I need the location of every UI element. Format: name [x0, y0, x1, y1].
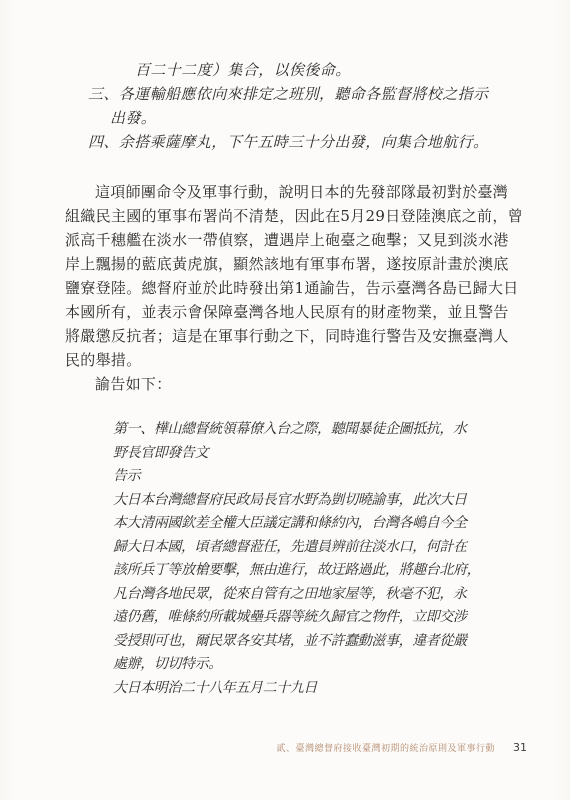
proclamation-quote-block: 第一、樺山總督統領幕僚入台之際，聽聞暴徒企圖抵抗，水野長官即發告文告示大日本台灣…	[113, 418, 511, 700]
lead-in-line: 諭告如下：	[65, 372, 511, 396]
footer-chapter-title: 貳、臺灣總督府接收臺灣初期的統治原則及軍事行動	[276, 741, 495, 754]
text-line: 告示	[113, 465, 511, 489]
text-line: 本大清兩國欽差全權大臣議定講和條約內，台灣各嶋自今全	[113, 512, 511, 536]
text-line: 三、各運輸船應依向來排定之班別，聽命各監督將校之指示	[65, 82, 511, 106]
text-line: 野長官即發告文	[113, 442, 511, 466]
text-line: 民的舉措。	[65, 348, 511, 372]
text-line: 鹽寮登陸。總督府並於此時發出第1通諭告，告示臺灣各島已歸大日	[65, 276, 511, 300]
narrative-paragraph: 這項師團命令及軍事行動，說明日本的先發部隊最初對於臺灣組織民主國的軍事布署尚不清…	[65, 180, 511, 372]
text-line: 派高千穗艦在淡水一帶偵察，遭遇岸上砲臺之砲擊；又見到淡水港	[65, 228, 511, 252]
text-line: 凡台灣各地民眾，從來自管有之田地家屋等，秋毫不犯，永	[113, 583, 511, 607]
text-line: 歸大日本國，頃者總督蒞任，先遣員辨前往淡水口，何計在	[113, 536, 511, 560]
book-page: 百二十二度）集合，以俟後命。三、各運輸船應依向來排定之班別，聽命各監督將校之指示…	[0, 0, 570, 800]
text-line: 組織民主國的軍事布署尚不清楚，因此在5月29日登陸澳底之前，曾	[65, 204, 511, 228]
text-line: 出發。	[65, 106, 511, 130]
text-line: 第一、樺山總督統領幕僚入台之際，聽聞暴徒企圖抵抗，水	[113, 418, 511, 442]
page-content: 百二十二度）集合，以俟後命。三、各運輸船應依向來排定之班別，聽命各監督將校之指示…	[65, 58, 511, 700]
text-line: 大日本台灣總督府民政局長官水野為剴切曉諭事，此次大日	[113, 489, 511, 513]
page-number: 31	[513, 741, 527, 754]
text-line: 遠仍舊，唯條約所載城壘兵器等統久歸官之物件，立即交涉	[113, 606, 511, 630]
text-line: 將嚴懲反抗者；這是在軍事行動之下，同時進行警告及安撫臺灣人	[65, 324, 511, 348]
text-line: 這項師團命令及軍事行動，說明日本的先發部隊最初對於臺灣	[65, 180, 511, 204]
text-line: 本國所有，並表示會保障臺灣各地人民原有的財產物業，並且警告	[65, 300, 511, 324]
page-footer: 貳、臺灣總督府接收臺灣初期的統治原則及軍事行動 31	[0, 741, 527, 754]
text-line: 處辦，切切特示。	[113, 653, 511, 677]
text-line: 受授則可也，爾民眾各安其堵，並不許蠢動滋事，違者從嚴	[113, 630, 511, 654]
text-line: 大日本明治二十八年五月二十九日	[113, 677, 511, 701]
text-line: 該所兵丁等放槍要擊，無由進行，故迂路過此，將趣台北府，	[113, 559, 511, 583]
military-order-list: 百二十二度）集合，以俟後命。三、各運輸船應依向來排定之班別，聽命各監督將校之指示…	[65, 58, 511, 154]
text-line: 岸上飄揚的藍底黃虎旗，顯然該地有軍事布署，遂按原計畫於澳底	[65, 252, 511, 276]
text-line: 四、余搭乘薩摩丸，下午五時三十分出發，向集合地航行。	[65, 130, 511, 154]
text-line: 百二十二度）集合，以俟後命。	[65, 58, 511, 82]
